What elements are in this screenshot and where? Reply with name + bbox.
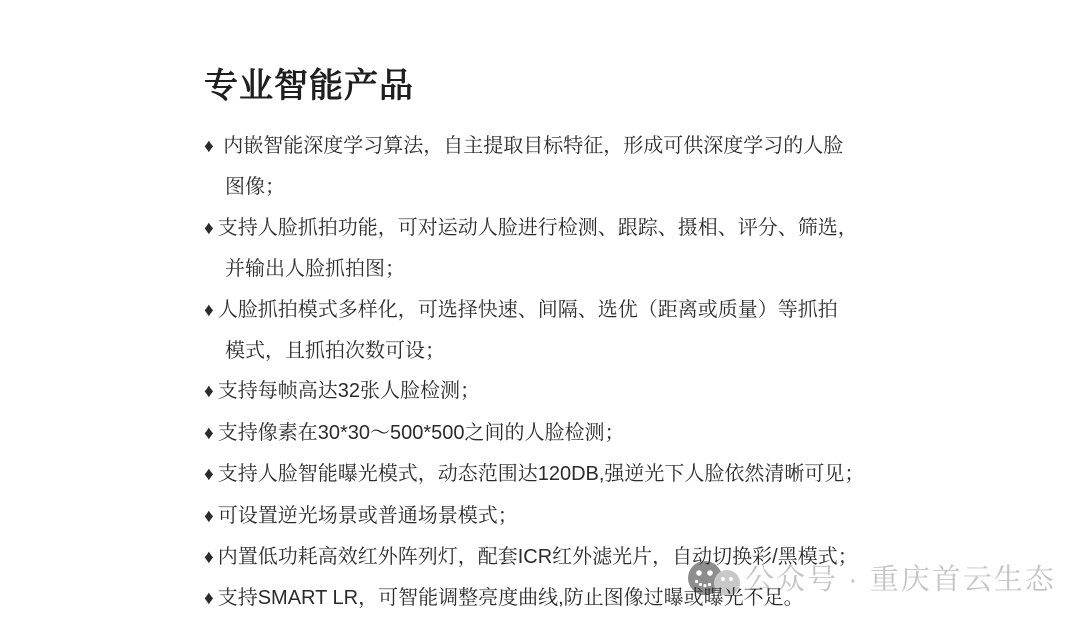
feature-item: ♦支持像素在30*30～500*500之间的人脸检测； (204, 413, 944, 454)
feature-text: 内置低功耗高效红外阵列灯，配套ICR红外滤光片，自动切换彩/黑模式； (218, 546, 858, 568)
feature-item: ♦支持人脸智能曝光模式，动态范围达120DB,强逆光下人脸依然清晰可见； (204, 454, 944, 495)
feature-text: 可设置逆光场景或普通场景模式； (218, 505, 518, 527)
feature-item: ♦可设置逆光场景或普通场景模式； (204, 496, 944, 537)
feature-item: ♦支持SMART LR，可智能调整亮度曲线,防止图像过曝或曝光不足。 (204, 578, 944, 619)
feature-item: ♦支持人脸抓拍功能，可对运动人脸进行检测、跟踪、摄相、评分、筛选， 并输出人脸抓… (204, 208, 944, 290)
feature-text: 支持人脸智能曝光模式，动态范围达120DB,强逆光下人脸依然清晰可见； (218, 463, 865, 485)
feature-line: ♦支持人脸抓拍功能，可对运动人脸进行检测、跟踪、摄相、评分、筛选， (204, 208, 944, 249)
feature-line: ♦支持人脸智能曝光模式，动态范围达120DB,强逆光下人脸依然清晰可见； (204, 454, 944, 495)
feature-line: ♦支持像素在30*30～500*500之间的人脸检测； (204, 413, 944, 454)
diamond-bullet-icon: ♦ (204, 291, 214, 331)
feature-item: ♦ 内嵌智能深度学习算法，自主提取目标特征，形成可供深度学习的人脸 图像； (204, 126, 944, 208)
page-title: 专业智能产品 (204, 66, 944, 106)
feature-text: 内嵌智能深度学习算法，自主提取目标特征，形成可供深度学习的人脸 (218, 135, 844, 157)
feature-text: 支持每帧高达32张人脸检测； (218, 380, 480, 402)
diamond-bullet-icon: ♦ (204, 579, 214, 619)
feature-line: ♦内置低功耗高效红外阵列灯，配套ICR红外滤光片，自动切换彩/黑模式； (204, 537, 944, 578)
diamond-bullet-icon: ♦ (204, 497, 214, 537)
feature-text-continuation: 图像； (204, 167, 944, 207)
feature-line: ♦人脸抓拍模式多样化，可选择快速、间隔、选优（距离或质量）等抓拍 (204, 290, 944, 331)
feature-line: ♦支持每帧高达32张人脸检测； (204, 371, 944, 412)
feature-item: ♦人脸抓拍模式多样化，可选择快速、间隔、选优（距离或质量）等抓拍 模式，且抓拍次… (204, 290, 944, 372)
slide: 公众号 · 重庆首云生态 专业智能产品 ♦ 内嵌智能深度学习算法，自主提取目标特… (0, 0, 1080, 626)
feature-text: 支持人脸抓拍功能，可对运动人脸进行检测、跟踪、摄相、评分、筛选， (218, 217, 858, 239)
feature-item: ♦内置低功耗高效红外阵列灯，配套ICR红外滤光片，自动切换彩/黑模式； (204, 537, 944, 578)
diamond-bullet-icon: ♦ (204, 455, 214, 495)
feature-item: ♦支持每帧高达32张人脸检测； (204, 371, 944, 412)
feature-text-continuation: 并输出人脸抓拍图； (204, 249, 944, 289)
feature-list: ♦ 内嵌智能深度学习算法，自主提取目标特征，形成可供深度学习的人脸 图像； ♦支… (204, 126, 944, 620)
feature-line: ♦ 内嵌智能深度学习算法，自主提取目标特征，形成可供深度学习的人脸 (204, 126, 944, 167)
diamond-bullet-icon: ♦ (204, 414, 214, 454)
diamond-bullet-icon: ♦ (204, 538, 214, 578)
feature-text: 支持像素在30*30～500*500之间的人脸检测； (218, 422, 625, 444)
feature-line: ♦可设置逆光场景或普通场景模式； (204, 496, 944, 537)
feature-line: ♦支持SMART LR，可智能调整亮度曲线,防止图像过曝或曝光不足。 (204, 578, 944, 619)
diamond-bullet-icon: ♦ (204, 127, 214, 167)
feature-text: 人脸抓拍模式多样化，可选择快速、间隔、选优（距离或质量）等抓拍 (218, 299, 838, 321)
content-area: 专业智能产品 ♦ 内嵌智能深度学习算法，自主提取目标特征，形成可供深度学习的人脸… (204, 66, 944, 620)
diamond-bullet-icon: ♦ (204, 209, 214, 249)
feature-text-continuation: 模式，且抓拍次数可设； (204, 331, 944, 371)
diamond-bullet-icon: ♦ (204, 372, 214, 412)
feature-text: 支持SMART LR，可智能调整亮度曲线,防止图像过曝或曝光不足。 (218, 587, 804, 609)
